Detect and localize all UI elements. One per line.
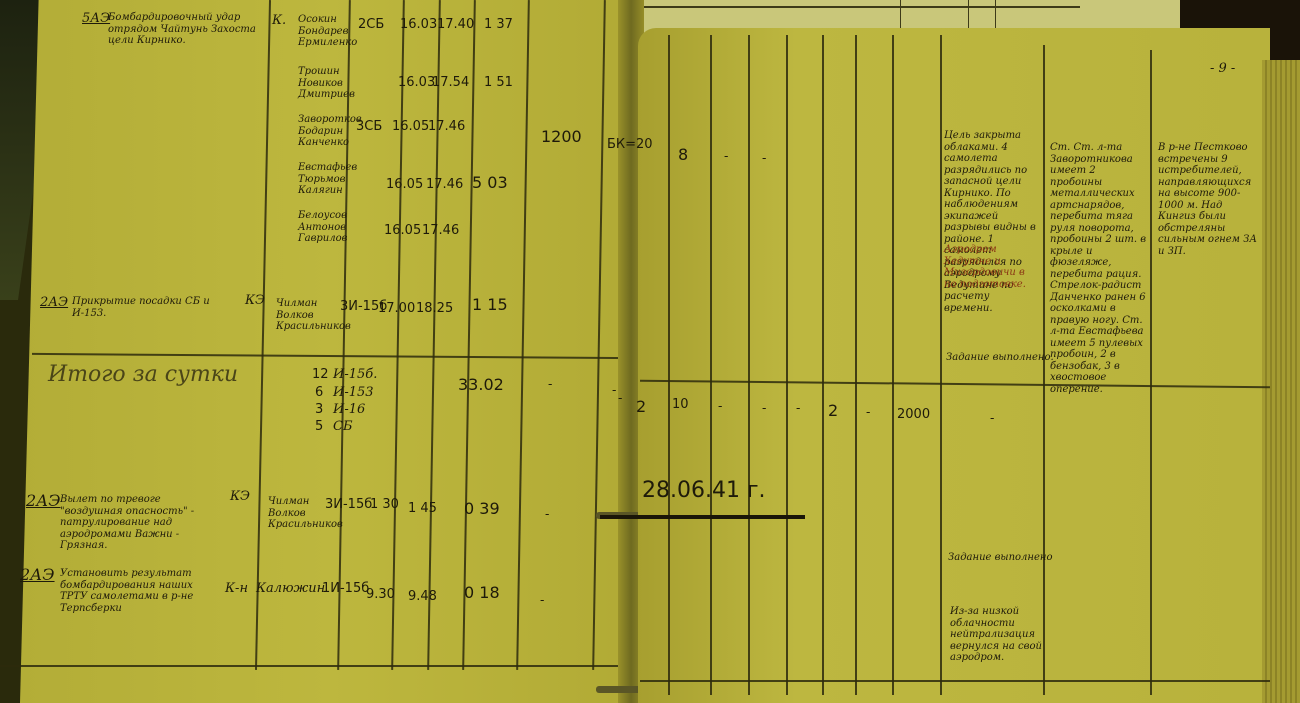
takeoff-time: 1 30 <box>370 498 399 513</box>
takeoff-time: 16.05 <box>392 120 429 135</box>
cell-value: - <box>990 412 994 427</box>
damage-notes: Ст. Ст. л-та Заворотникова имеет 2 пробо… <box>1050 142 1148 395</box>
unit-label: 2АЭ <box>26 492 61 510</box>
takeoff-time: 16.05 <box>384 224 421 239</box>
total-type: И-153 <box>333 386 374 401</box>
aircraft-count: 3И-15б <box>325 498 372 513</box>
cell-value: 2 <box>636 398 646 416</box>
formation: К-н <box>225 582 248 597</box>
ammo-load: БК=20 <box>607 138 653 153</box>
landing-time: 9.48 <box>408 590 437 605</box>
notes-result-text: Из-за низкой облачности нейтрализация ве… <box>950 606 1050 664</box>
task-description: Вылет по тревоге "воздушная опасность" -… <box>60 494 210 552</box>
task-description: Прикрытие посадки СБ и И-153. <box>72 296 222 319</box>
dash: - <box>540 594 544 609</box>
flight-duration: 0 39 <box>464 500 500 518</box>
cell-value: - <box>724 150 728 165</box>
grid-line <box>710 35 712 695</box>
takeoff-time: 17.00 <box>378 302 415 317</box>
grid-line <box>640 680 1270 682</box>
total-type: СБ <box>333 420 353 435</box>
photo-scene: - 9 - 5АЭ Бомбардировочный удар отрядом … <box>0 0 1300 703</box>
notes-red-annotation: Аэродром Хедутне и Мизордовичи в по подг… <box>944 244 1040 290</box>
unit-label: 2АЭ <box>20 566 55 584</box>
dash: - <box>545 508 549 523</box>
landing-time: 17.40 <box>437 18 474 33</box>
unit-label: 2АЭ <box>40 296 68 311</box>
bomb-load: 1200 <box>541 128 582 146</box>
crew-names: Чилман Волков Красильников <box>268 496 328 531</box>
grid-line <box>748 35 750 695</box>
cell-value: 2 <box>828 402 838 420</box>
enemy-notes: В р-не Пестково встречены 9 истребителей… <box>1158 142 1258 257</box>
landing-time: 18.25 <box>416 302 453 317</box>
log-date: 28.06.41 г. <box>642 478 766 503</box>
total-count: 3 <box>315 403 323 418</box>
takeoff-time: 16.05 <box>386 178 423 193</box>
crew-names: Трошин Новиков Дмитриев <box>298 66 346 101</box>
flight-duration: 1 51 <box>484 76 513 91</box>
cell-value: 2000 <box>897 408 930 423</box>
total-count: 6 <box>315 386 323 401</box>
grid-line <box>1043 45 1045 695</box>
cell-value: 8 <box>678 146 688 164</box>
notes-result-status: Задание выполнено. <box>946 352 1054 364</box>
flight-duration: 1 15 <box>472 296 508 314</box>
takeoff-time: 16.03 <box>398 76 435 91</box>
grid-line <box>855 35 857 695</box>
dash: - <box>612 384 616 399</box>
crew-names: Осокин Бондарев Ермиленко <box>298 14 346 49</box>
crew-names: Калюжин <box>256 582 325 597</box>
crew-names: Чилман Волков Красильников <box>276 298 336 333</box>
formation: К. <box>272 14 286 29</box>
cell-value: - <box>618 392 622 407</box>
flight-duration: 5 03 <box>472 174 508 192</box>
grid-line <box>822 35 824 695</box>
page-edges <box>1262 60 1300 703</box>
landing-time: 17.54 <box>432 76 469 91</box>
formation: КЭ <box>230 490 250 505</box>
flight-duration: 1 37 <box>484 18 513 33</box>
unit-label: 5АЭ <box>82 12 110 27</box>
totals-label: Итого за сутки <box>48 362 238 387</box>
cell-value: - <box>796 402 800 417</box>
page-number: - 9 - <box>1210 62 1235 77</box>
total-count: 12 <box>312 368 329 383</box>
grid-line <box>892 35 894 695</box>
cell-value: - <box>762 152 766 167</box>
landing-time: 17.46 <box>422 224 459 239</box>
total-count: 5 <box>315 420 323 435</box>
total-type: И-15б. <box>333 368 377 383</box>
flight-duration: 0 18 <box>464 584 500 602</box>
formation: КЭ <box>245 294 265 309</box>
task-description: Бомбардировочный удар отрядом Чайтунь За… <box>108 12 268 47</box>
cell-value: - <box>762 402 766 417</box>
grid-line <box>940 35 942 695</box>
takeoff-time: 16.03 <box>400 18 437 33</box>
grid-line <box>0 665 640 667</box>
aircraft-count: 2СБ <box>358 18 384 33</box>
landing-time: 17.46 <box>426 178 463 193</box>
aircraft-count: 3СБ <box>356 120 382 135</box>
date-underline <box>600 515 805 519</box>
task-description: Установить результат бомбардирования наш… <box>60 568 210 614</box>
grid-line <box>1150 50 1152 695</box>
crew-names: Белоусов Антонов Гаврилов <box>298 210 346 245</box>
total-type: И-16 <box>333 403 365 418</box>
aircraft-count: 1И-15б <box>322 582 369 597</box>
dash: - <box>548 378 552 393</box>
cell-value: - <box>718 400 722 415</box>
grid-line <box>668 35 670 695</box>
cell-value: 10 <box>672 398 689 413</box>
crew-names: Евстафьев Тюрьмов Калягин <box>298 162 346 197</box>
takeoff-time: 9.30 <box>366 588 395 603</box>
cell-value: - <box>866 406 870 421</box>
grid-line <box>786 35 788 695</box>
notes-result-status: Задание выполнено <box>948 552 1053 564</box>
crew-names: Заворотков Бодарин Канченко <box>298 114 346 149</box>
landing-time: 1 45 <box>408 502 437 517</box>
landing-time: 17.46 <box>428 120 465 135</box>
total-flight-time: 33.02 <box>458 376 504 394</box>
